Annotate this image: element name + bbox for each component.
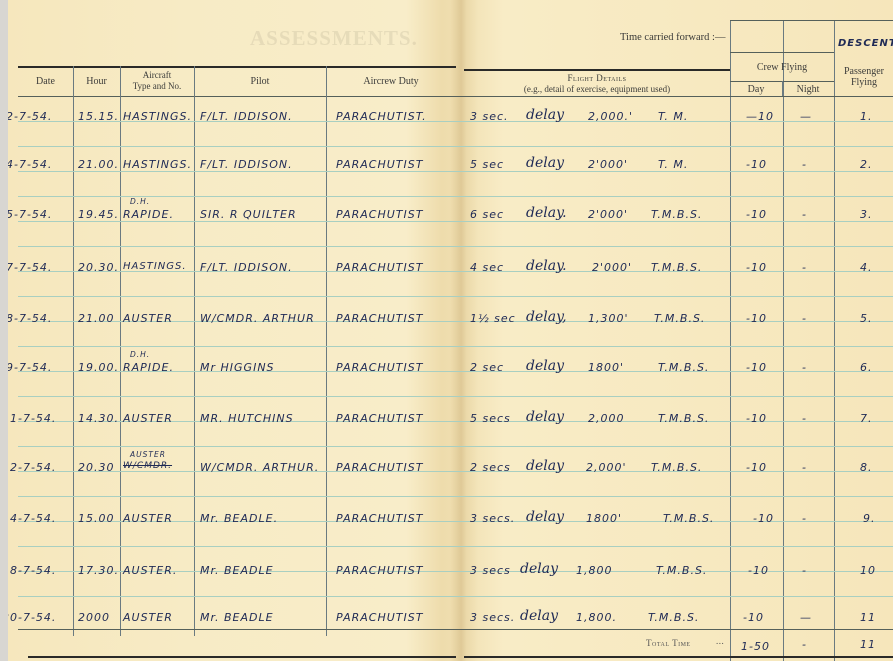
cell-delay: delay	[526, 155, 564, 171]
cell-duty: PARACHUTIST	[336, 312, 423, 325]
cell-day: -10	[748, 564, 769, 577]
cell-aircraft-top: D.H.	[130, 350, 150, 359]
total-night: -	[802, 638, 807, 651]
cell-day: —10	[746, 110, 774, 123]
cell-secs: 2 sec	[470, 361, 504, 374]
cell-passenger: 9.	[863, 512, 876, 525]
cell-secs: 3 secs.	[470, 611, 515, 624]
cell-duty: PARACHUTIST	[336, 158, 423, 171]
cell-night: -	[802, 208, 807, 221]
cell-date: 11-7-54.	[8, 412, 56, 425]
cell-date: 18-7-54.	[8, 564, 56, 577]
cell-hour: 20.30.	[78, 261, 119, 274]
cell-duty: PARACHUTIST	[336, 461, 423, 474]
cell-date: 9-7-54.	[8, 361, 52, 374]
cell-aircraft: AUSTER	[123, 312, 173, 325]
cell-date: 2-7-54.	[8, 110, 52, 123]
cell-delay: delay,	[526, 309, 567, 325]
cell-code: T.M.B.S.	[658, 361, 709, 374]
cell-night: -	[802, 461, 807, 474]
header-passenger-line2: Flying	[834, 77, 893, 88]
header-date: Date	[18, 76, 73, 87]
logbook-page: ASSESSMENTS. Time carried forward :— DES…	[8, 0, 893, 661]
cell-code: T. M.	[658, 158, 688, 171]
annotation-descent: DESCENT	[838, 38, 893, 49]
cell-aircraft-top: D.H.	[130, 197, 150, 206]
cell-height: 2'000'	[592, 261, 632, 274]
cell-height: 1,800	[576, 564, 613, 577]
cell-delay: delay.	[526, 258, 567, 274]
cell-hour: 17.30.	[78, 564, 119, 577]
cell-passenger: 10	[860, 564, 876, 577]
cell-night: —	[800, 611, 812, 624]
cell-hour: 19.45.	[78, 208, 119, 221]
cell-pilot: SIR. R QUILTER	[200, 208, 297, 221]
cell-aircraft: RAPIDE.	[123, 361, 174, 374]
cell-hour: 19.00.	[78, 361, 119, 374]
cell-hour: 21.00.	[78, 158, 119, 171]
cell-height: 2'000'	[588, 158, 628, 171]
cell-duty: PARACHUTIST	[336, 208, 423, 221]
cell-pilot: W/CMDR. ARTHUR	[200, 312, 315, 325]
cell-hour: 2000	[78, 611, 110, 624]
cell-day: -10	[746, 312, 767, 325]
cell-pilot: Mr. BEADLE.	[200, 512, 278, 525]
header-aircrew-duty: Aircrew Duty	[326, 76, 456, 87]
header-hour: Hour	[73, 76, 120, 87]
cell-code: T.M.B.S.	[658, 412, 709, 425]
cell-day: -10	[746, 412, 767, 425]
cell-night: -	[802, 158, 807, 171]
cell-night: -	[802, 412, 807, 425]
cell-delay: delay	[526, 409, 564, 425]
header-day: Day	[730, 84, 782, 95]
cell-night: -	[802, 564, 807, 577]
cell-passenger: 8.	[860, 461, 873, 474]
cell-code: T. M.	[658, 110, 688, 123]
cell-aircraft-struck: W/CMDR.	[123, 461, 172, 471]
cell-night: -	[802, 512, 807, 525]
header-flight-details: Flight Details (e.g., detail of exercise…	[464, 73, 730, 95]
cell-passenger: 7.	[860, 412, 873, 425]
header-passenger-flying: Passenger Flying	[834, 66, 893, 88]
header-flight-details-title: Flight Details	[464, 73, 730, 84]
cell-passenger: 3.	[860, 208, 873, 221]
cell-passenger: 1.	[860, 110, 873, 123]
cell-duty: PARACHUTIST	[336, 361, 423, 374]
cell-secs: 4 sec	[470, 261, 504, 274]
cell-passenger: 4.	[860, 261, 873, 274]
cell-day: -10	[753, 512, 774, 525]
cell-duty: PARACHUTIST	[336, 611, 423, 624]
time-carried-forward-label: Time carried forward :—	[620, 32, 725, 43]
cell-date: 20-7-54.	[8, 611, 56, 624]
cell-aircraft: AUSTER.	[123, 564, 177, 577]
cell-delay: delay	[526, 107, 564, 123]
cell-duty: PARACHUTIST	[336, 412, 423, 425]
cell-delay: delay	[526, 509, 564, 525]
cell-hour: 15.00	[78, 512, 115, 525]
cell-duty: PARACHUTIST.	[336, 110, 427, 123]
header-pilot: Pilot	[194, 76, 326, 87]
cell-date: 8-7-54.	[8, 312, 52, 325]
header-flight-details-sub: (e.g., detail of exercise, equipment use…	[464, 84, 730, 95]
cell-passenger: 2.	[860, 158, 873, 171]
cell-secs: 2 secs	[470, 461, 511, 474]
cell-aircraft: AUSTER	[123, 512, 173, 525]
book-gutter	[450, 0, 478, 661]
total-day: 1-50	[741, 640, 770, 653]
cell-height: 1800'	[588, 361, 624, 374]
total-time-dots: ...	[716, 636, 724, 646]
cell-secs: 6 sec	[470, 208, 504, 221]
cell-code: T.M.B.S.	[654, 312, 705, 325]
cell-code: T.M.B.S.	[648, 611, 699, 624]
cell-aircraft-top: AUSTER	[130, 450, 166, 459]
header-crew-flying: Crew Flying	[730, 62, 834, 73]
cell-aircraft: HASTINGS.	[123, 110, 192, 123]
cell-height: 2'000'	[588, 208, 628, 221]
cell-aircraft: HASTINGS.	[123, 261, 187, 272]
cell-pilot: F/LT. IDDISON.	[200, 110, 293, 123]
cell-delay: delay	[520, 561, 558, 577]
cell-aircraft: HASTINGS.	[123, 158, 192, 171]
cell-delay: delay	[526, 358, 564, 374]
cell-height: 1,300'	[588, 312, 629, 325]
cell-day: -10	[746, 361, 767, 374]
cell-date: 5-7-54.	[8, 208, 52, 221]
cell-date: 7-7-54.	[8, 261, 52, 274]
cell-code: T.M.B.S.	[651, 461, 702, 474]
cell-night: —	[800, 110, 812, 123]
cell-passenger: 11	[860, 611, 876, 624]
cell-duty: PARACHUTIST	[336, 512, 423, 525]
cell-duty: PARACHUTIST	[336, 261, 423, 274]
cell-height: 1,800.	[576, 611, 617, 624]
total-time-label: Total Time	[646, 638, 691, 648]
cell-code: T.M.B.S.	[663, 512, 714, 525]
cell-hour: 21.00	[78, 312, 115, 325]
cell-day: -10	[746, 158, 767, 171]
header-aircraft: Aircraft Type and No.	[120, 70, 194, 92]
cell-delay: delay	[520, 608, 558, 624]
header-aircraft-line1: Aircraft	[120, 70, 194, 81]
cell-height: 2,000'	[586, 461, 627, 474]
cell-aircraft: RAPIDE.	[123, 208, 174, 221]
cell-day: -10	[746, 461, 767, 474]
cell-day: -10	[746, 261, 767, 274]
cell-hour: 14.30.	[78, 412, 119, 425]
header-passenger-line1: Passenger	[834, 66, 893, 77]
cell-night: -	[802, 261, 807, 274]
cell-date: 14-7-54.	[8, 512, 56, 525]
cell-pilot: F/LT. IDDISON.	[200, 261, 293, 274]
cell-night: -	[802, 312, 807, 325]
header-night: Night	[782, 84, 834, 95]
cell-passenger: 5.	[860, 312, 873, 325]
cell-pilot: Mr. BEADLE	[200, 611, 274, 624]
cell-pilot: W/CMDR. ARTHUR.	[200, 461, 319, 474]
header-aircraft-line2: Type and No.	[120, 81, 194, 92]
cell-date: 4-7-54.	[8, 158, 52, 171]
cell-secs: 3 secs.	[470, 512, 515, 525]
cell-height: 1800'	[586, 512, 622, 525]
cell-pilot: MR. HUTCHINS	[200, 412, 294, 425]
watermark-title: ASSESSMENTS.	[250, 26, 418, 51]
cell-hour: 15.15.	[78, 110, 119, 123]
cell-secs: 5 secs	[470, 412, 511, 425]
cell-delay: delay	[526, 458, 564, 474]
cell-hour: 20.30	[78, 461, 115, 474]
cell-day: -10	[746, 208, 767, 221]
cell-delay: delay.	[526, 205, 567, 221]
cell-secs: 1½ sec	[470, 312, 516, 325]
cell-pilot: Mr. BEADLE	[200, 564, 274, 577]
cell-secs: 5 sec	[470, 158, 504, 171]
cell-height: 2,000.'	[588, 110, 633, 123]
cell-date: 12-7-54.	[8, 461, 56, 474]
cell-height: 2,000	[588, 412, 625, 425]
cell-secs: 3 secs	[470, 564, 511, 577]
cell-pilot: F/LT. IDDISON.	[200, 158, 293, 171]
cell-code: T.M.B.S.	[651, 208, 702, 221]
cell-duty: PARACHUTIST	[336, 564, 423, 577]
cell-passenger: 6.	[860, 361, 873, 374]
cell-aircraft: AUSTER	[123, 611, 173, 624]
total-passenger: 11	[860, 638, 876, 651]
cell-day: -10	[743, 611, 764, 624]
cell-code: T.M.B.S.	[651, 261, 702, 274]
cell-code: T.M.B.S.	[656, 564, 707, 577]
cell-night: -	[802, 361, 807, 374]
cell-secs: 3 sec.	[470, 110, 509, 123]
cell-aircraft: AUSTER	[123, 412, 173, 425]
cell-pilot: Mr HIGGINS	[200, 361, 275, 374]
